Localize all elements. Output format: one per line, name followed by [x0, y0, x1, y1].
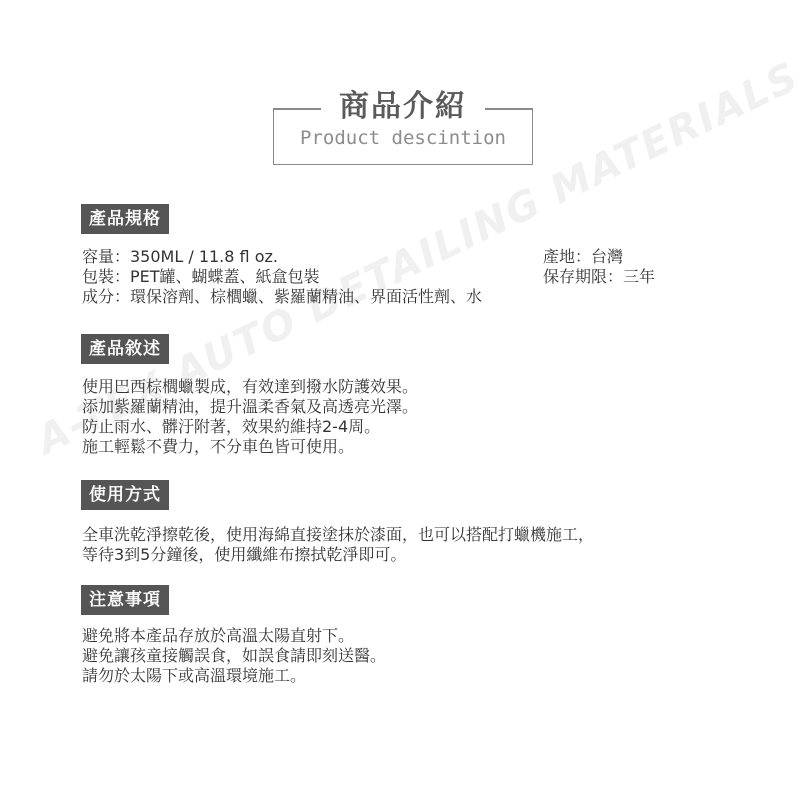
specs-right-list: 產地：台灣 保存期限：三年: [543, 247, 655, 287]
spec-shelf-life: 保存期限：三年: [543, 267, 655, 287]
spec-origin: 產地：台灣: [543, 247, 655, 267]
section-label-usage: 使用方式: [81, 480, 169, 510]
title-frame: 商品介紹 Product descintion: [273, 108, 533, 165]
note-line: 避免將本產品存放於高溫太陽直射下。: [82, 626, 386, 646]
description-list: 使用巴西棕櫚蠟製成，有效達到撥水防護效果。 添加紫羅蘭精油，提升溫柔香氣及高透亮…: [82, 377, 418, 457]
description-line: 添加紫羅蘭精油，提升溫柔香氣及高透亮光澤。: [82, 397, 418, 417]
usage-list: 全車洗乾淨擦乾後，使用海綿直接塗抹於漆面，也可以搭配打蠟機施工， 等待3到5分鐘…: [82, 525, 594, 565]
description-line: 使用巴西棕櫚蠟製成，有效達到撥水防護效果。: [82, 377, 418, 397]
note-line: 請勿於太陽下或高溫環境施工。: [82, 666, 386, 686]
description-line: 防止雨水、髒汙附著，效果約維持2-4周。: [82, 417, 418, 437]
section-label-description: 產品敘述: [81, 334, 169, 364]
spec-ingredients: 成分：環保溶劑、棕櫚蠟、紫羅蘭精油、界面活性劑、水: [82, 287, 482, 307]
usage-line: 全車洗乾淨擦乾後，使用海綿直接塗抹於漆面，也可以搭配打蠟機施工，: [82, 525, 594, 545]
description-line: 施工輕鬆不費力，不分車色皆可使用。: [82, 437, 418, 457]
usage-line: 等待3到5分鐘後，使用纖維布擦拭乾淨即可。: [82, 545, 594, 565]
spec-packaging: 包裝：PET罐、蝴蝶蓋、紙盒包裝: [82, 267, 482, 287]
page-subtitle: Product descintion: [274, 126, 532, 150]
section-label-notes: 注意事項: [81, 585, 169, 615]
notes-list: 避免將本產品存放於高溫太陽直射下。 避免讓孩童接觸誤食，如誤食請即刻送醫。 請勿…: [82, 626, 386, 686]
specs-left-list: 容量：350ML / 11.8 fl oz. 包裝：PET罐、蝴蝶蓋、紙盒包裝 …: [82, 247, 482, 307]
note-line: 避免讓孩童接觸誤食，如誤食請即刻送醫。: [82, 646, 386, 666]
page-title: 商品介紹: [274, 89, 532, 125]
section-label-specs: 產品規格: [81, 204, 169, 234]
spec-capacity: 容量：350ML / 11.8 fl oz.: [82, 247, 482, 267]
